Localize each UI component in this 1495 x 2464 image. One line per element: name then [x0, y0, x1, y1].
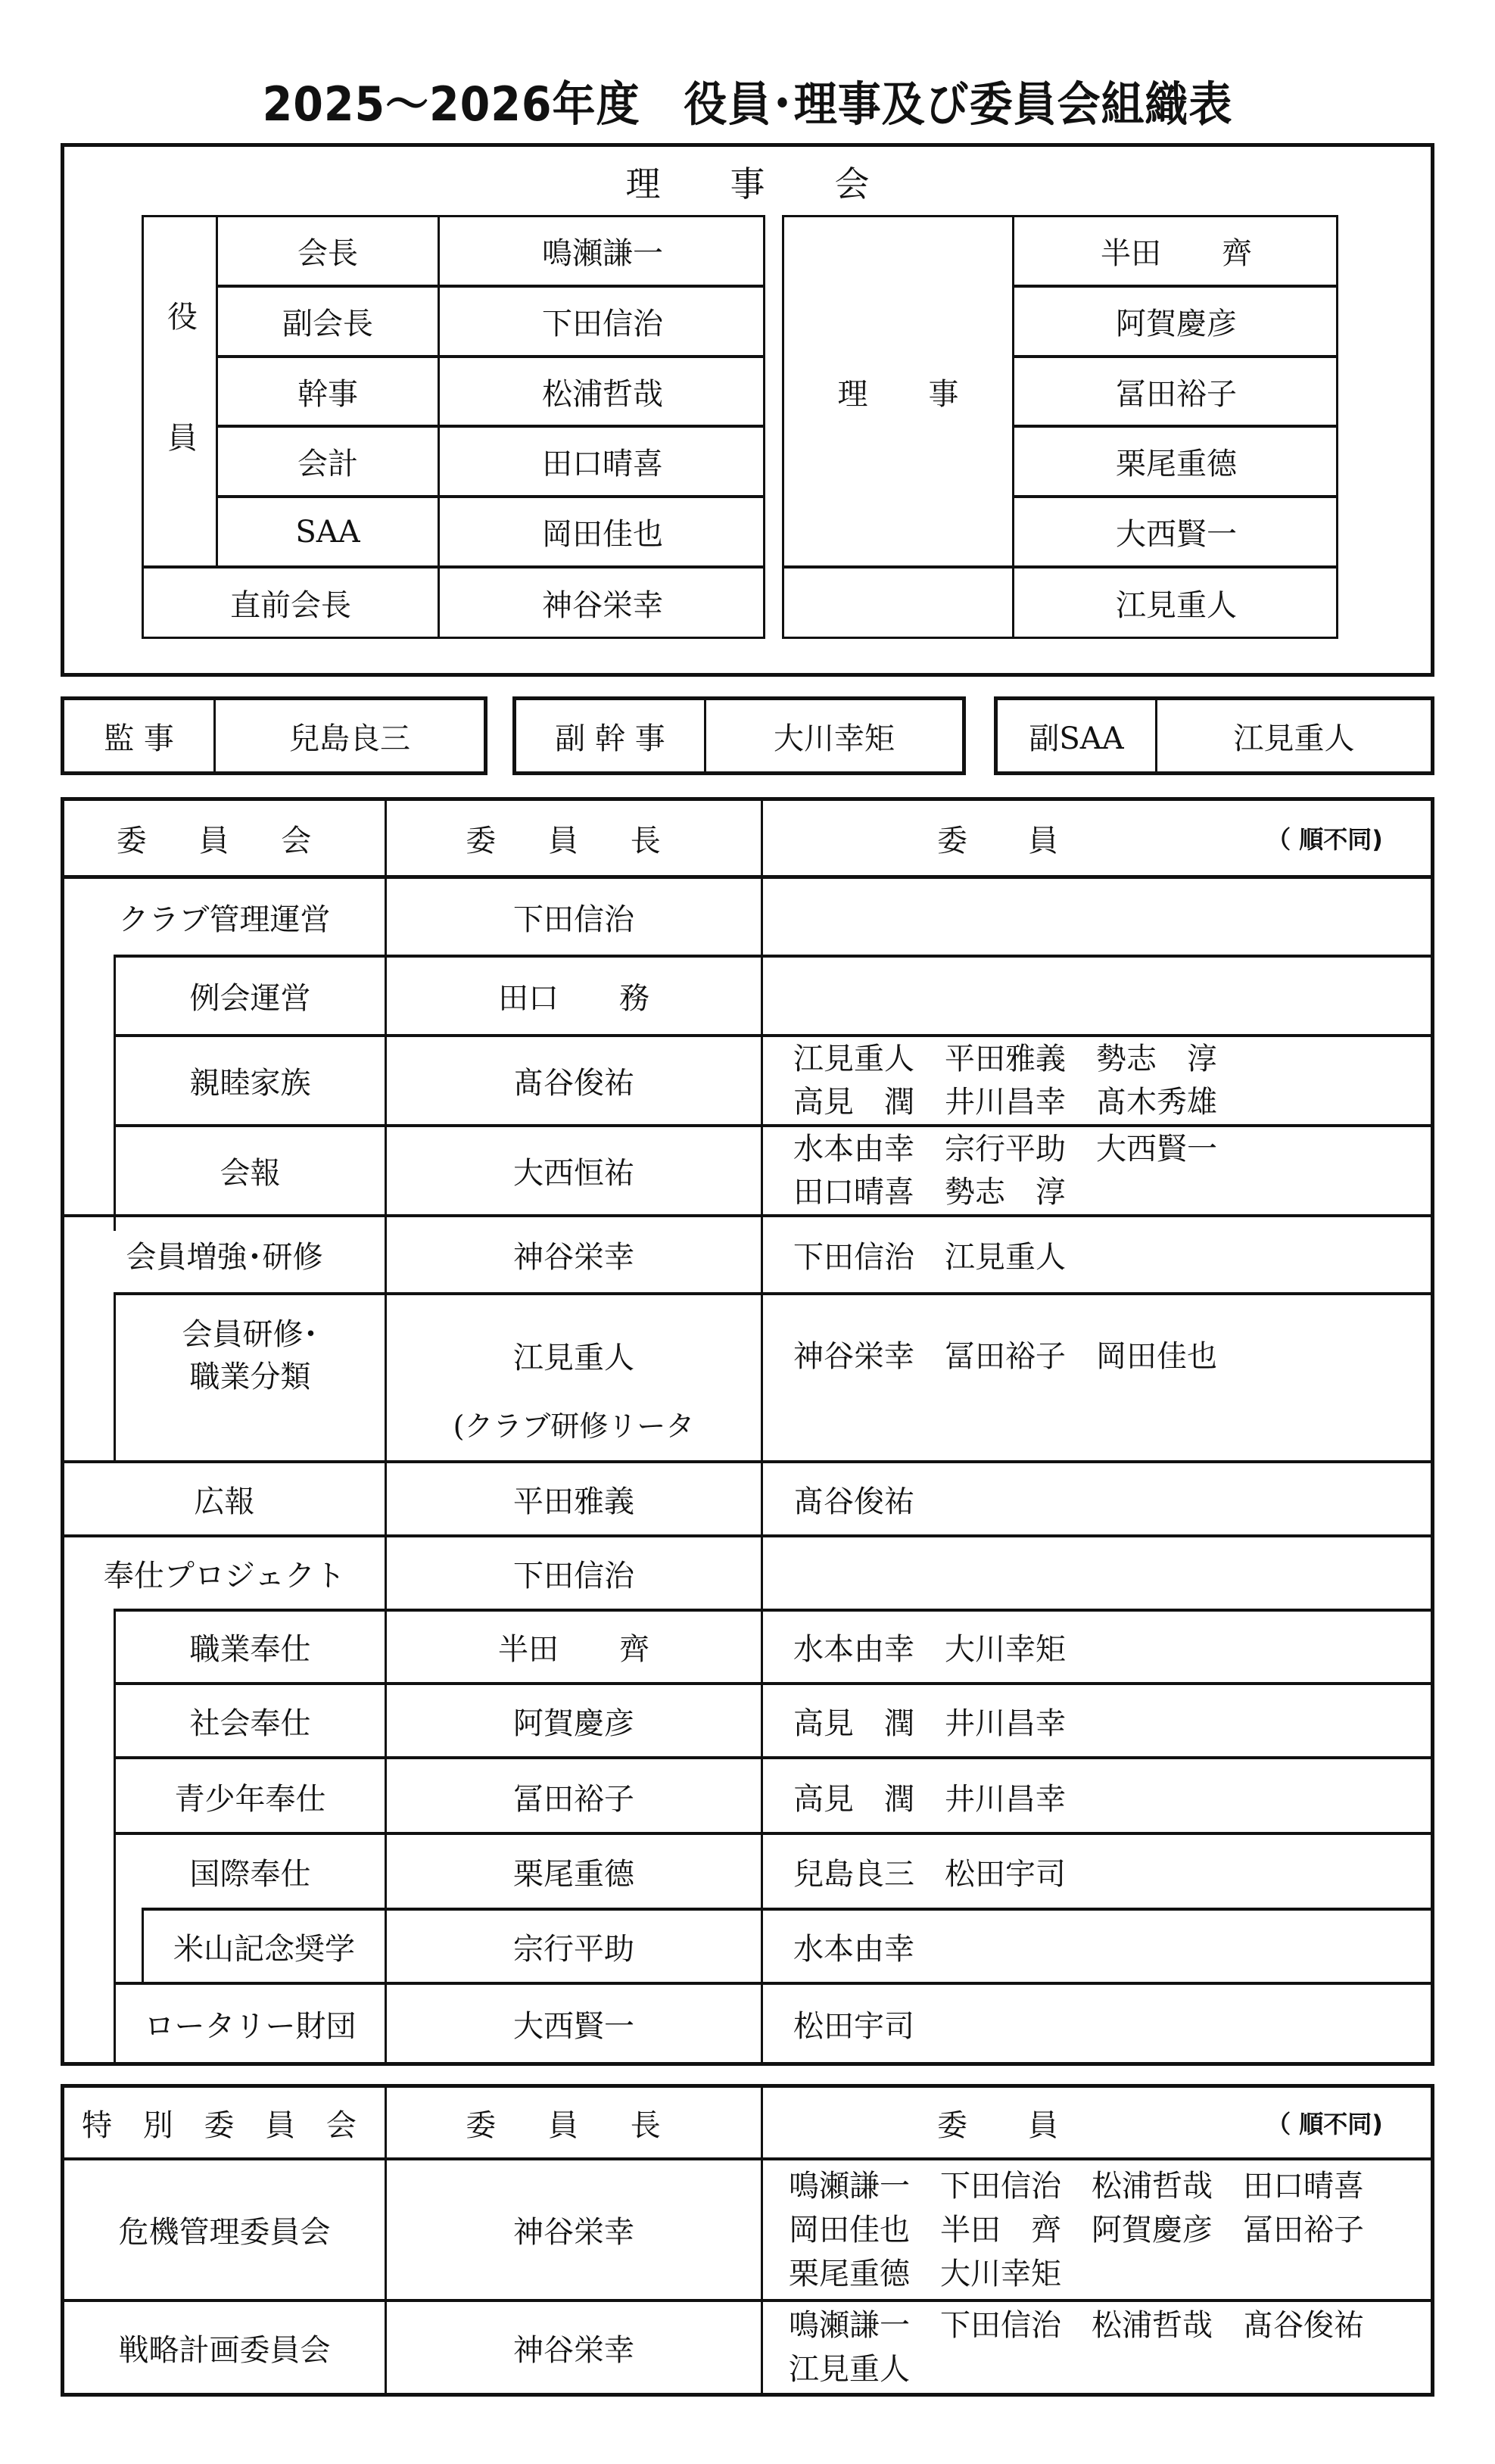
name-line: 会員研修･ [182, 1313, 319, 1356]
committee-name: 国際奉仕 [116, 1835, 385, 1908]
committee-name: 職業奉仕 [116, 1612, 385, 1682]
members-line: 田口晴喜 勢志 淳 [793, 1171, 1066, 1214]
members-line: 岡田佳也 半田 齊 阿賀慶彦 冨田裕子 [789, 2208, 1364, 2252]
vice-saa-name: 江見重人 [1157, 700, 1431, 771]
special-committee-chair: 神谷栄幸 [387, 2160, 761, 2299]
committee-members: 髙谷俊祐 [763, 1463, 1429, 1534]
committee-members: 高見 潤 井川昌幸 [763, 1759, 1429, 1833]
committee-name: クラブ管理運営 [64, 879, 385, 955]
members-line: 鳴瀬謙一 下田信治 松浦哲哉 田口晴喜 [789, 2164, 1364, 2208]
special-header-members: 委 員 [763, 2088, 1232, 2157]
committee-members: 高見 潤 井川昌幸 [763, 1685, 1429, 1756]
vice-secretary-name: 大川幸矩 [706, 700, 962, 771]
members-line: 鳴瀬謙一 下田信治 松浦哲哉 髙谷俊祐 [789, 2304, 1364, 2347]
committee-chair: 冨田裕子 [387, 1759, 761, 1833]
officer-name: 田口晴喜 [440, 428, 765, 495]
special-committee-members: 鳴瀬謙一 下田信治 松浦哲哉 田口晴喜 岡田佳也 半田 齊 阿賀慶彦 冨田裕子 … [763, 2160, 1433, 2299]
header-committee: 委 員 会 [64, 801, 385, 875]
committee-chair: 田口 務 [387, 958, 761, 1034]
committee-chair-note: (クラブ研修リータ [387, 1393, 761, 1453]
special-header-chair: 委 員 長 [387, 2088, 761, 2157]
committee-chair: 神谷栄幸 [387, 1217, 761, 1292]
committee-chair: 大西賢一 [387, 1985, 761, 2062]
committee-members: 水本由幸 宗行平助 大西賢一 田口晴喜 勢志 淳 [763, 1127, 1429, 1214]
auditor-name: 兒島良三 [216, 700, 484, 771]
committee-name: 広報 [64, 1463, 385, 1534]
special-committee-chair: 神谷栄幸 [387, 2302, 761, 2393]
committee-members: 松田宇司 [763, 1985, 1429, 2062]
committee-name: 青少年奉仕 [116, 1759, 385, 1833]
committee-chair: 栗尾重德 [387, 1835, 761, 1908]
committee-chair: 半田 齊 [387, 1612, 761, 1682]
committee-chair: 阿賀慶彦 [387, 1685, 761, 1756]
header-note: （ 順不同) [1241, 801, 1408, 875]
officer-name: 下田信治 [440, 288, 765, 355]
committee-members: 下田信治 江見重人 [763, 1217, 1429, 1292]
special-header-committee: 特 別 委 員 会 [64, 2088, 385, 2157]
officer-name: 岡田佳也 [440, 498, 765, 565]
director-name: 半田 齊 [1014, 217, 1338, 285]
officer-name: 鳴瀬謙一 [440, 217, 765, 285]
committee-name: 会員研修･ 職業分類 [116, 1295, 385, 1416]
members-line: 高見 潤 井川昌幸 髙木秀雄 [793, 1081, 1217, 1124]
director-name: 阿賀慶彦 [1014, 288, 1338, 355]
officer-role: 会計 [218, 428, 438, 495]
director-name: 江見重人 [1014, 568, 1338, 637]
members-line: 水本由幸 宗行平助 大西賢一 [793, 1128, 1217, 1171]
past-president-role: 直前会長 [144, 568, 438, 637]
committee-name: 奉仕プロジェクト [64, 1537, 385, 1609]
members-line: 栗尾重德 大川幸矩 [789, 2252, 1061, 2296]
committee-name: ロータリー財団 [116, 1985, 385, 2062]
special-committee-name: 危機管理委員会 [64, 2160, 385, 2299]
committee-name: 会報 [116, 1127, 385, 1214]
officer-role: SAA [218, 498, 438, 565]
special-committee-name: 戦略計画委員会 [64, 2302, 385, 2393]
committee-chair: 髙谷俊祐 [387, 1037, 761, 1124]
special-header-note: （ 順不同) [1241, 2088, 1408, 2157]
officer-name: 松浦哲哉 [440, 358, 765, 425]
header-chair: 委 員 長 [387, 801, 761, 875]
vice-saa-role: 副SAA [998, 700, 1155, 771]
special-committee-members: 鳴瀬謙一 下田信治 松浦哲哉 髙谷俊祐 江見重人 [763, 2302, 1433, 2393]
committee-members: 江見重人 平田雅義 勢志 淳 高見 潤 井川昌幸 髙木秀雄 [763, 1037, 1429, 1124]
name-line: 職業分類 [190, 1356, 311, 1398]
header-members: 委 員 [763, 801, 1232, 875]
committee-name: 例会運営 [116, 958, 385, 1034]
board-heading: 理 事 会 [61, 155, 1434, 208]
directors-label: 理 事 [784, 217, 1012, 565]
committee-members: 神谷栄幸 冨田裕子 岡田佳也 [763, 1295, 1429, 1413]
officer-role: 副会長 [218, 288, 438, 355]
committee-chair: 下田信治 [387, 879, 761, 955]
committee-chair: 大西恒祐 [387, 1127, 761, 1214]
officer-role: 幹事 [218, 358, 438, 425]
auditor-role: 監 事 [64, 700, 213, 771]
committee-members: 兒島良三 松田宇司 [763, 1835, 1429, 1908]
committee-members: 水本由幸 [763, 1911, 1429, 1982]
director-name: 冨田裕子 [1014, 358, 1338, 425]
officers-label: 役 員 [144, 217, 216, 565]
members-line: 江見重人 [789, 2347, 910, 2391]
director-name: 大西賢一 [1014, 498, 1338, 565]
committee-chair: 江見重人 [387, 1317, 761, 1393]
officer-role: 会長 [218, 217, 438, 285]
page-title: 2025～2026年度 役員･理事及び委員会組織表 [60, 67, 1435, 134]
director-name: 栗尾重德 [1014, 428, 1338, 495]
committee-chair: 宗行平助 [387, 1911, 761, 1982]
committee-members: 水本由幸 大川幸矩 [763, 1612, 1429, 1682]
committee-name: 会員増強･研修 [64, 1217, 385, 1292]
past-president-name: 神谷栄幸 [440, 568, 765, 637]
committee-name: 親睦家族 [116, 1037, 385, 1124]
committee-name: 米山記念奨学 [144, 1911, 385, 1982]
committee-name: 社会奉仕 [116, 1685, 385, 1756]
members-line: 江見重人 平田雅義 勢志 淳 [793, 1038, 1217, 1081]
committee-chair: 下田信治 [387, 1537, 761, 1609]
vice-secretary-role: 副 幹 事 [516, 700, 704, 771]
committee-chair: 平田雅義 [387, 1463, 761, 1534]
